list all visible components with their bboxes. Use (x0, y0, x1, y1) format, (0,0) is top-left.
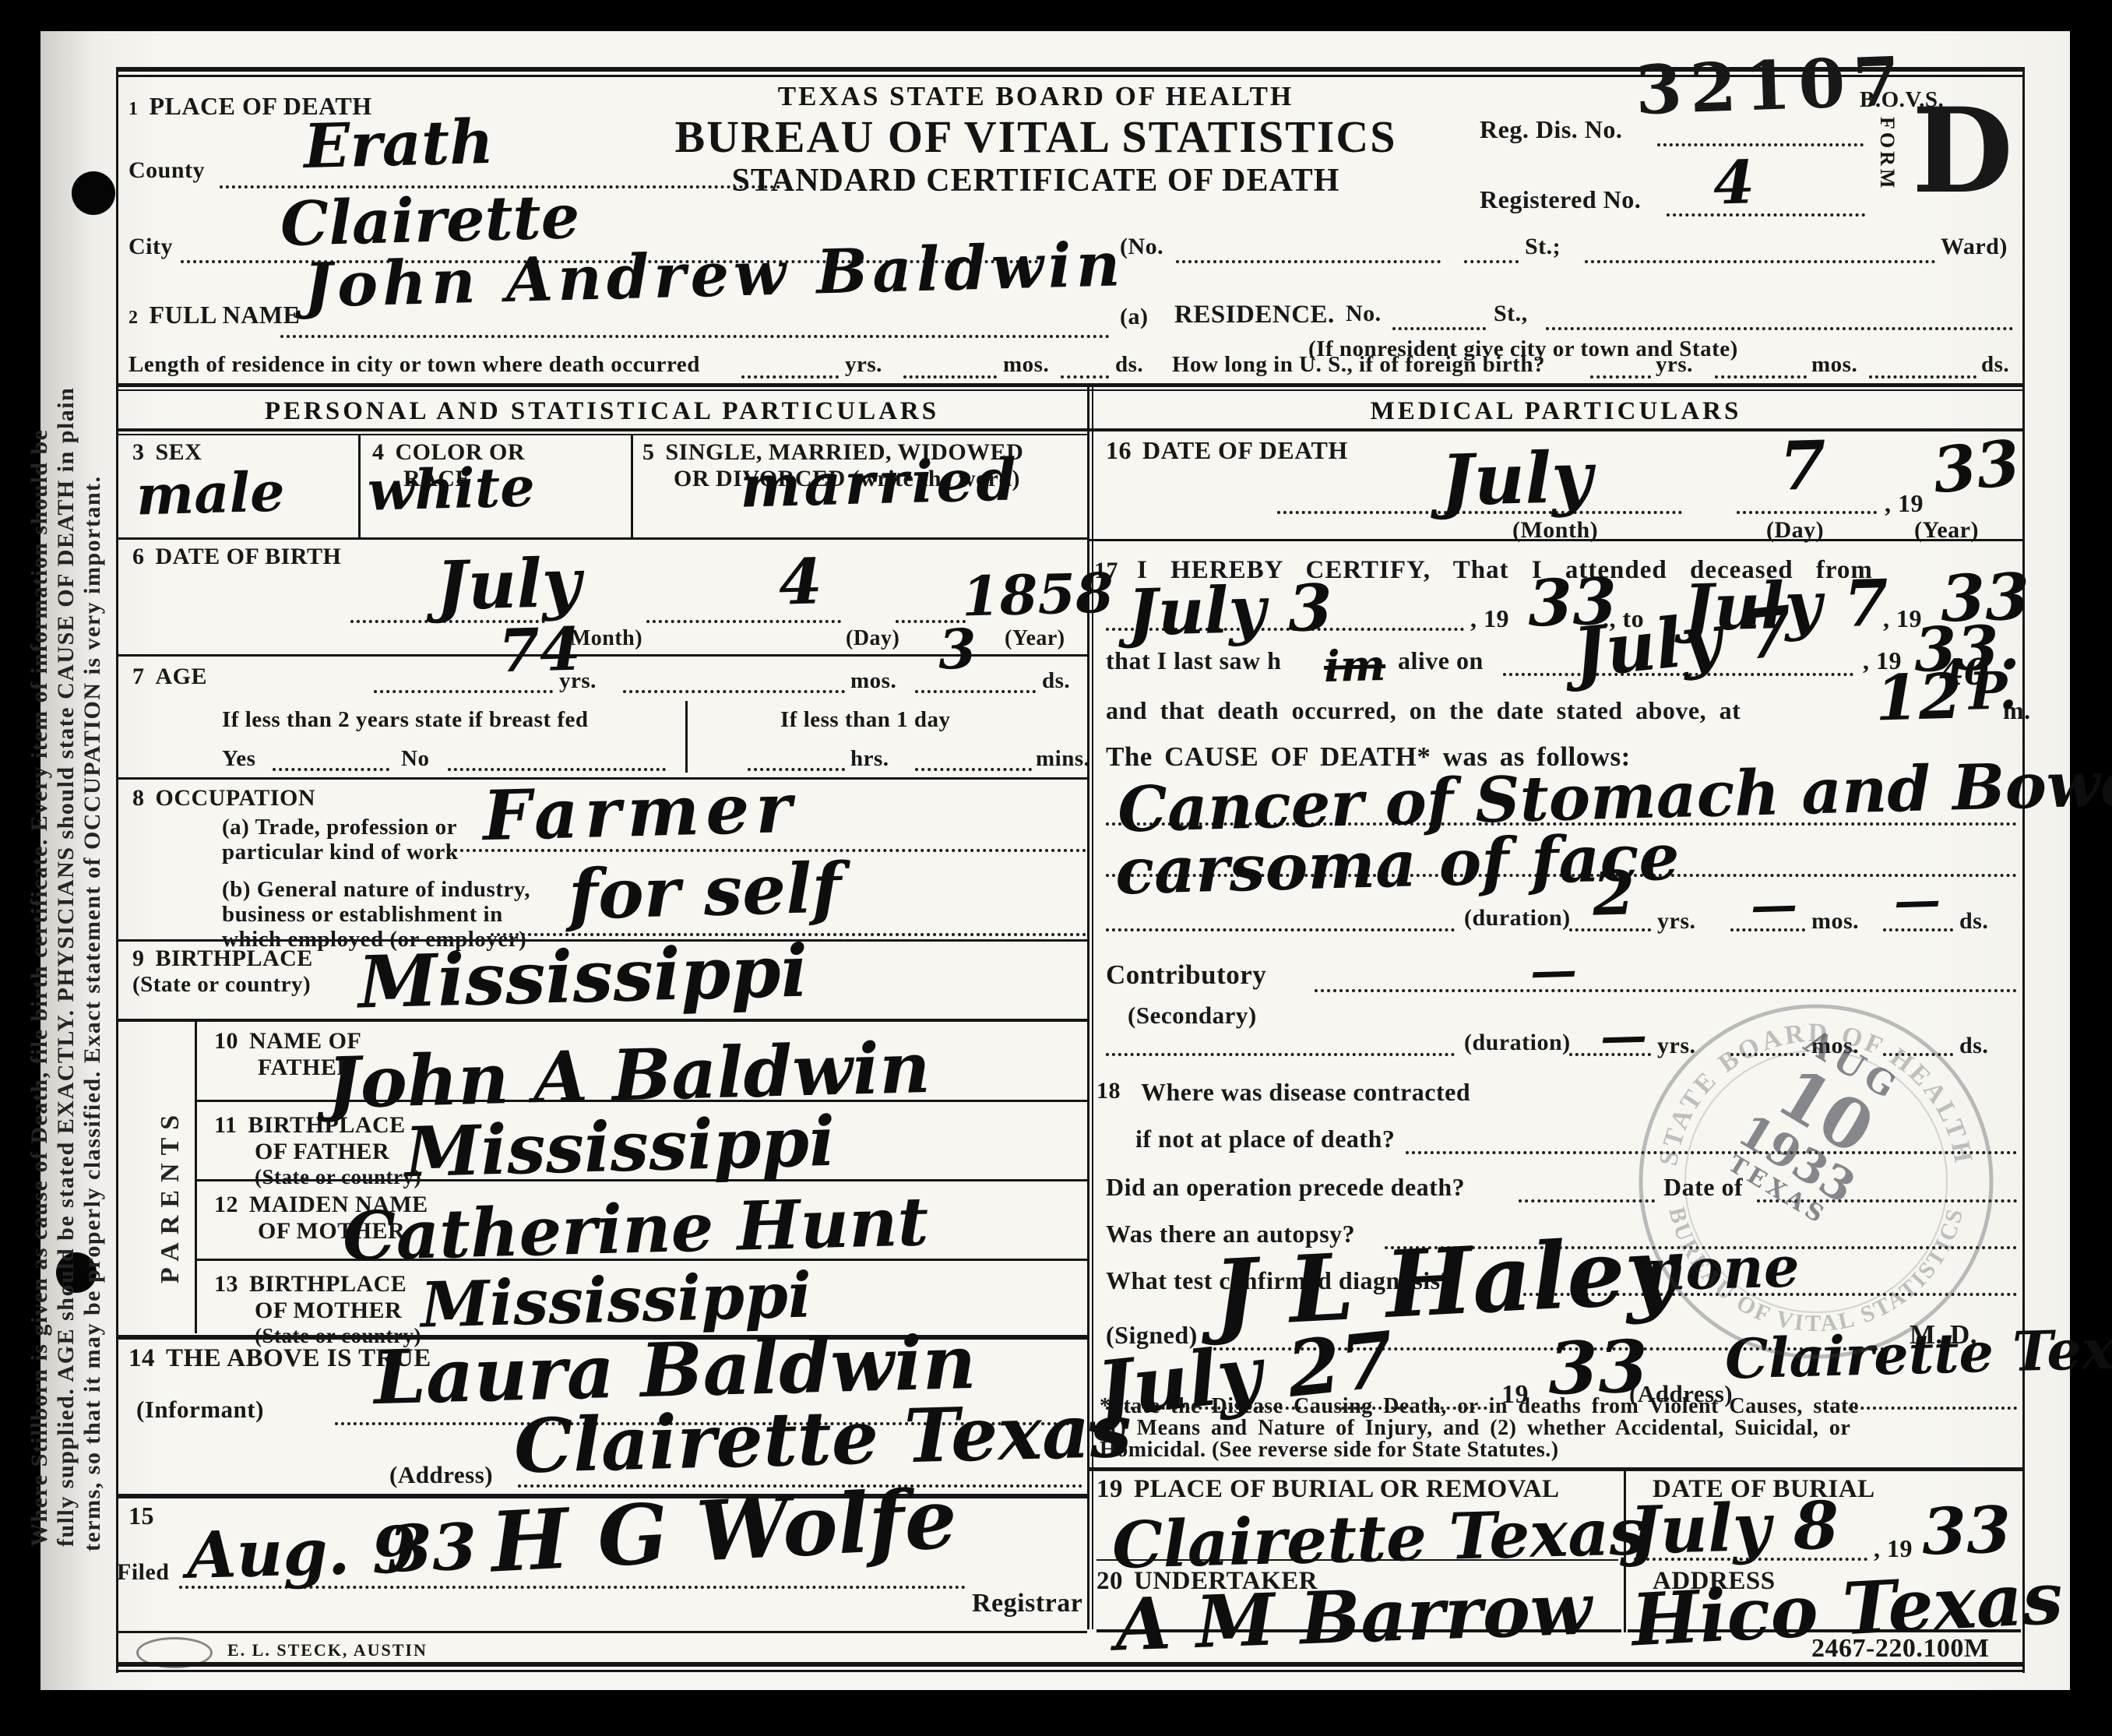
section-10-number: 10 (214, 1028, 238, 1054)
form-vertical-label: FORM (1875, 117, 1899, 191)
scanned-death-certificate: { "margin": { "line1": "Where Stillborn … (0, 0, 2112, 1736)
contributory-sub: (Secondary) (1128, 1002, 1257, 1030)
race-marital-divider (631, 434, 633, 537)
margin-note-line1: Where Stillborn is given as cause of Dea… (26, 429, 53, 1547)
section-1-number: 1 (128, 99, 139, 119)
dod-month-value: July (1440, 435, 1593, 522)
dob-block: 6DATE OF BIRTH (132, 544, 341, 570)
occ-a-label1: (a) Trade, profession or (222, 815, 457, 840)
duration-lead-dotted (1106, 928, 1455, 931)
birthplace-sub: (State or country) (132, 972, 311, 998)
footnote-line3: Homicidal. (See reverse side for State S… (1100, 1438, 1559, 1463)
birthplace-block: 9BIRTHPLACE (132, 945, 313, 972)
certificate-title: STANDARD CERTIFICATE OF DEATH (646, 162, 1425, 199)
medical-title: MEDICAL PARTICULARS (1089, 397, 2022, 426)
length-yrs-label: yrs. (845, 352, 882, 378)
dob-month-value: July (435, 544, 582, 626)
section-8-number: 8 (132, 785, 145, 811)
rule-under-birthplace (117, 1019, 1087, 1022)
left-col-bottom-rule (117, 1631, 1087, 1633)
length-ds-dotted (1061, 375, 1109, 379)
contributory-mark: — (1529, 943, 1578, 999)
printer-imprint: E. L. STECK, AUSTIN (227, 1640, 428, 1660)
columns-top-rule-heavy (117, 383, 2025, 387)
sex-value: male (136, 460, 286, 528)
occ-b-value: for self (568, 847, 843, 935)
reg-dis-stamped-number: 32107 (1634, 42, 1909, 130)
operation-label: Did an operation precede death? (1106, 1173, 1465, 1202)
rule-above-burial (1089, 1467, 2022, 1471)
howlong-ds-label: ds. (1981, 352, 2009, 378)
age-yrs-dotted (374, 690, 553, 693)
age-block: 7AGE (132, 664, 207, 690)
registrar-label: Registrar (972, 1589, 1082, 1618)
length-residence-label: Length of residence in city or town wher… (128, 352, 700, 378)
dod-label: DATE OF DEATH (1142, 436, 1348, 464)
length-ds-label: ds. (1115, 352, 1143, 378)
section-9-number: 9 (132, 945, 145, 971)
birthplace-value: Mississippi (357, 928, 809, 1024)
age-mos-label: mos. (850, 668, 896, 694)
duration-ds-dotted (1883, 928, 1953, 931)
howlong-ds-dotted (1869, 375, 1976, 379)
birthplace-label: BIRTHPLACE (156, 945, 313, 971)
no-dotted-line (1176, 260, 1441, 263)
length-mos-dotted (903, 375, 997, 379)
burial-year-value: 33 (1921, 1493, 2012, 1570)
section-18-number: 18 (1096, 1078, 1121, 1104)
frame-bottom-thin (117, 1670, 2025, 1672)
age-label: AGE (156, 664, 208, 689)
father-bp-value: Mississippi (404, 1100, 836, 1192)
burial-date-value: July 8 (1628, 1486, 1840, 1569)
duration-label: (duration) (1464, 905, 1571, 931)
howlong-mos-dotted (1715, 375, 1807, 379)
age-sub-divider (685, 701, 688, 773)
registered-no-value: 4 (1712, 147, 1755, 217)
board-title: TEXAS STATE BOARD OF HEALTH (646, 81, 1425, 112)
margin-note-line3: terms, so that it may be properly classi… (79, 475, 106, 1551)
dod-day-value: 7 (1779, 426, 1827, 506)
section-14-number: 14 (128, 1344, 155, 1372)
lessday-label: If less than 1 day (780, 707, 951, 733)
rule-under-sex-row (117, 537, 1087, 540)
residence-st-label: St., (1494, 301, 1528, 327)
frame-top-thin (117, 75, 2025, 77)
informant-label: (Informant) (136, 1396, 264, 1424)
section-3-number: 3 (132, 439, 145, 465)
medical-title-rule (1089, 428, 2022, 431)
rule-under-dod (1089, 539, 2022, 541)
dob-year-caption: (Year) (1005, 626, 1065, 651)
st-dotted-line-a (1464, 260, 1519, 263)
occ-a-value: Farmer (482, 767, 799, 857)
duration-ds-label: ds. (1959, 908, 1988, 935)
frame-left (116, 67, 118, 1673)
howlong-mos-label: mos. (1811, 352, 1857, 378)
occurred-text: and that death occurred, on the date sta… (1106, 696, 1741, 725)
where-sub-label: if not at place of death? (1135, 1125, 1395, 1153)
operation-dotted (1519, 1199, 1655, 1203)
filed-label: Filed (117, 1559, 170, 1586)
full-name-label: FULL NAME (150, 301, 301, 329)
occ-b-label1: (b) General nature of industry, (222, 877, 530, 903)
parents-left-line (195, 1019, 197, 1333)
signature-address-dotted (1830, 1407, 2017, 1410)
duration-mos-value: — (1750, 878, 1798, 934)
lastsaw-text2: alive on (1398, 646, 1484, 675)
section-2-number: 2 (128, 308, 139, 328)
full-name-dotted (280, 335, 1110, 338)
hrs-label: hrs. (850, 746, 889, 772)
race-value: white (367, 454, 536, 523)
yes-label: Yes (222, 746, 255, 772)
occ-b-label2: business or establishment in (222, 902, 503, 928)
dod-block: 16DATE OF DEATH (1106, 436, 1348, 465)
duration-ds-value: — (1893, 873, 1941, 929)
mins-label: mins. (1036, 746, 1089, 772)
form-letter-d: D (1912, 83, 2014, 220)
reg-dis-label: Reg. Dis. No. (1480, 115, 1622, 144)
breastfed-label: If less than 2 years state if breast fed (222, 707, 589, 733)
personal-title-rule2 (117, 434, 1087, 435)
undertaker-value: A M Barrow (1114, 1566, 1593, 1667)
mins-dotted (915, 768, 1032, 771)
death-time-p: P. (1968, 660, 2018, 722)
bureau-title: BUREAU OF VITAL STATISTICS (646, 111, 1425, 163)
section-12-number: 12 (214, 1192, 238, 1217)
howlong-yrs-dotted (1590, 375, 1651, 379)
dod-day-dotted (1737, 511, 1877, 514)
duration2-lead-dotted (1106, 1053, 1455, 1056)
dob-day-caption: (Day) (846, 626, 899, 651)
section-15-number: 15 (128, 1502, 154, 1530)
father-bp-block: 11BIRTHPLACEOF FATHER(State or country) (214, 1112, 421, 1189)
reg-dis-dotted (1657, 143, 1864, 146)
county-label: County (128, 157, 205, 184)
sex-race-divider (358, 434, 361, 537)
section-7-number: 7 (132, 664, 145, 689)
from-pre19: , 19 (1470, 604, 1509, 633)
dob-day-value: 4 (778, 544, 823, 618)
father-bp-sub: (State or country) (255, 1165, 421, 1189)
city-label: City (128, 234, 173, 260)
lastsaw-text1: that I last saw h (1106, 646, 1281, 675)
ward-label: Ward) (1941, 234, 2008, 260)
howlong-label: How long in U. S., if of foreign birth? (1172, 352, 1545, 378)
full-name-row: 2FULL NAME (128, 301, 300, 329)
contributory-dotted (1315, 989, 2017, 992)
st-label: St.; (1525, 234, 1561, 260)
no-label: No (401, 746, 429, 772)
a-label: (a) (1120, 304, 1148, 330)
age-ds-dotted (915, 690, 1036, 693)
county-value: Erath (303, 107, 495, 182)
where-contracted-label: Where was disease contracted (1141, 1078, 1470, 1107)
parents-vertical-label: PARENTS (156, 1107, 185, 1284)
father-bp-line2: OF FATHER (255, 1139, 421, 1165)
ward-dotted-line (1585, 260, 1935, 263)
frame-right (2022, 67, 2025, 1673)
margin-note-line2: fully supplied. AGE should be stated EXA… (53, 387, 79, 1547)
informant-address-label: (Address) (389, 1461, 493, 1489)
occupation-label: OCCUPATION (156, 785, 316, 811)
age-yrs-value: 74 (498, 614, 582, 686)
residence-no-dotted (1392, 327, 1486, 330)
section-16-number: 16 (1106, 436, 1132, 464)
length-yrs-dotted (741, 375, 839, 379)
burial-pre19: , 19 (1874, 1534, 1913, 1563)
howlong-yrs-label: yrs. (1656, 352, 1693, 378)
age-mos-dotted (623, 690, 845, 693)
duration-yrs-label: yrs. (1657, 908, 1696, 935)
residence-no-label: No. (1346, 301, 1382, 327)
dod-pre19: , 19 (1885, 489, 1924, 518)
lastsaw-scribble: im (1323, 639, 1386, 692)
section-5-number: 5 (642, 439, 655, 465)
personal-title: PERSONAL AND STATISTICAL PARTICULARS (117, 397, 1087, 426)
duration-mos-label: mos. (1811, 908, 1859, 935)
frame-bottom-heavy (117, 1662, 2025, 1667)
duration-yrs-value: 2 (1592, 857, 1636, 929)
signature-year: 33 (1547, 1324, 1649, 1410)
no-label: (No. (1120, 234, 1163, 260)
marital-value: married (739, 446, 1020, 520)
personal-title-rule (117, 428, 1087, 431)
filed-date-value: Aug. 9 (186, 1512, 417, 1593)
residence-st-dotted (1546, 327, 2013, 330)
attended-from-value: July 3 (1127, 571, 1333, 651)
dob-label: DATE OF BIRTH (156, 544, 342, 569)
section-13-number: 13 (214, 1271, 238, 1297)
duration2-label: (duration) (1464, 1030, 1571, 1056)
section-19-number: 19 (1096, 1475, 1123, 1503)
dob-year-value: 1858 (961, 560, 1114, 629)
mother-bp-line2: OF MOTHER (255, 1298, 421, 1324)
registered-no-dotted (1667, 213, 1865, 217)
registered-no-label: Registered No. (1480, 185, 1641, 214)
age-ds-label: ds. (1042, 668, 1070, 694)
dod-year-value: 33 (1929, 425, 2023, 507)
columns-top-rule-thin (117, 389, 2025, 391)
occupation-block: 8OCCUPATION (132, 785, 315, 812)
section-6-number: 6 (132, 544, 145, 569)
yes-dotted (273, 768, 389, 771)
punch-hole-top (72, 171, 115, 215)
section-11-number: 11 (214, 1112, 237, 1138)
frame-top-heavy (117, 67, 2025, 72)
occ-a-label2: particular kind of work (222, 840, 458, 865)
contributory-label: Contributory (1106, 960, 1266, 991)
informant-address-value: Clairette Texas (513, 1388, 1133, 1491)
length-mos-label: mos. (1003, 352, 1049, 378)
filed-year-value: 33 (387, 1510, 478, 1587)
dob-day-dotted (646, 620, 841, 623)
residence-label: RESIDENCE. (1174, 301, 1335, 329)
